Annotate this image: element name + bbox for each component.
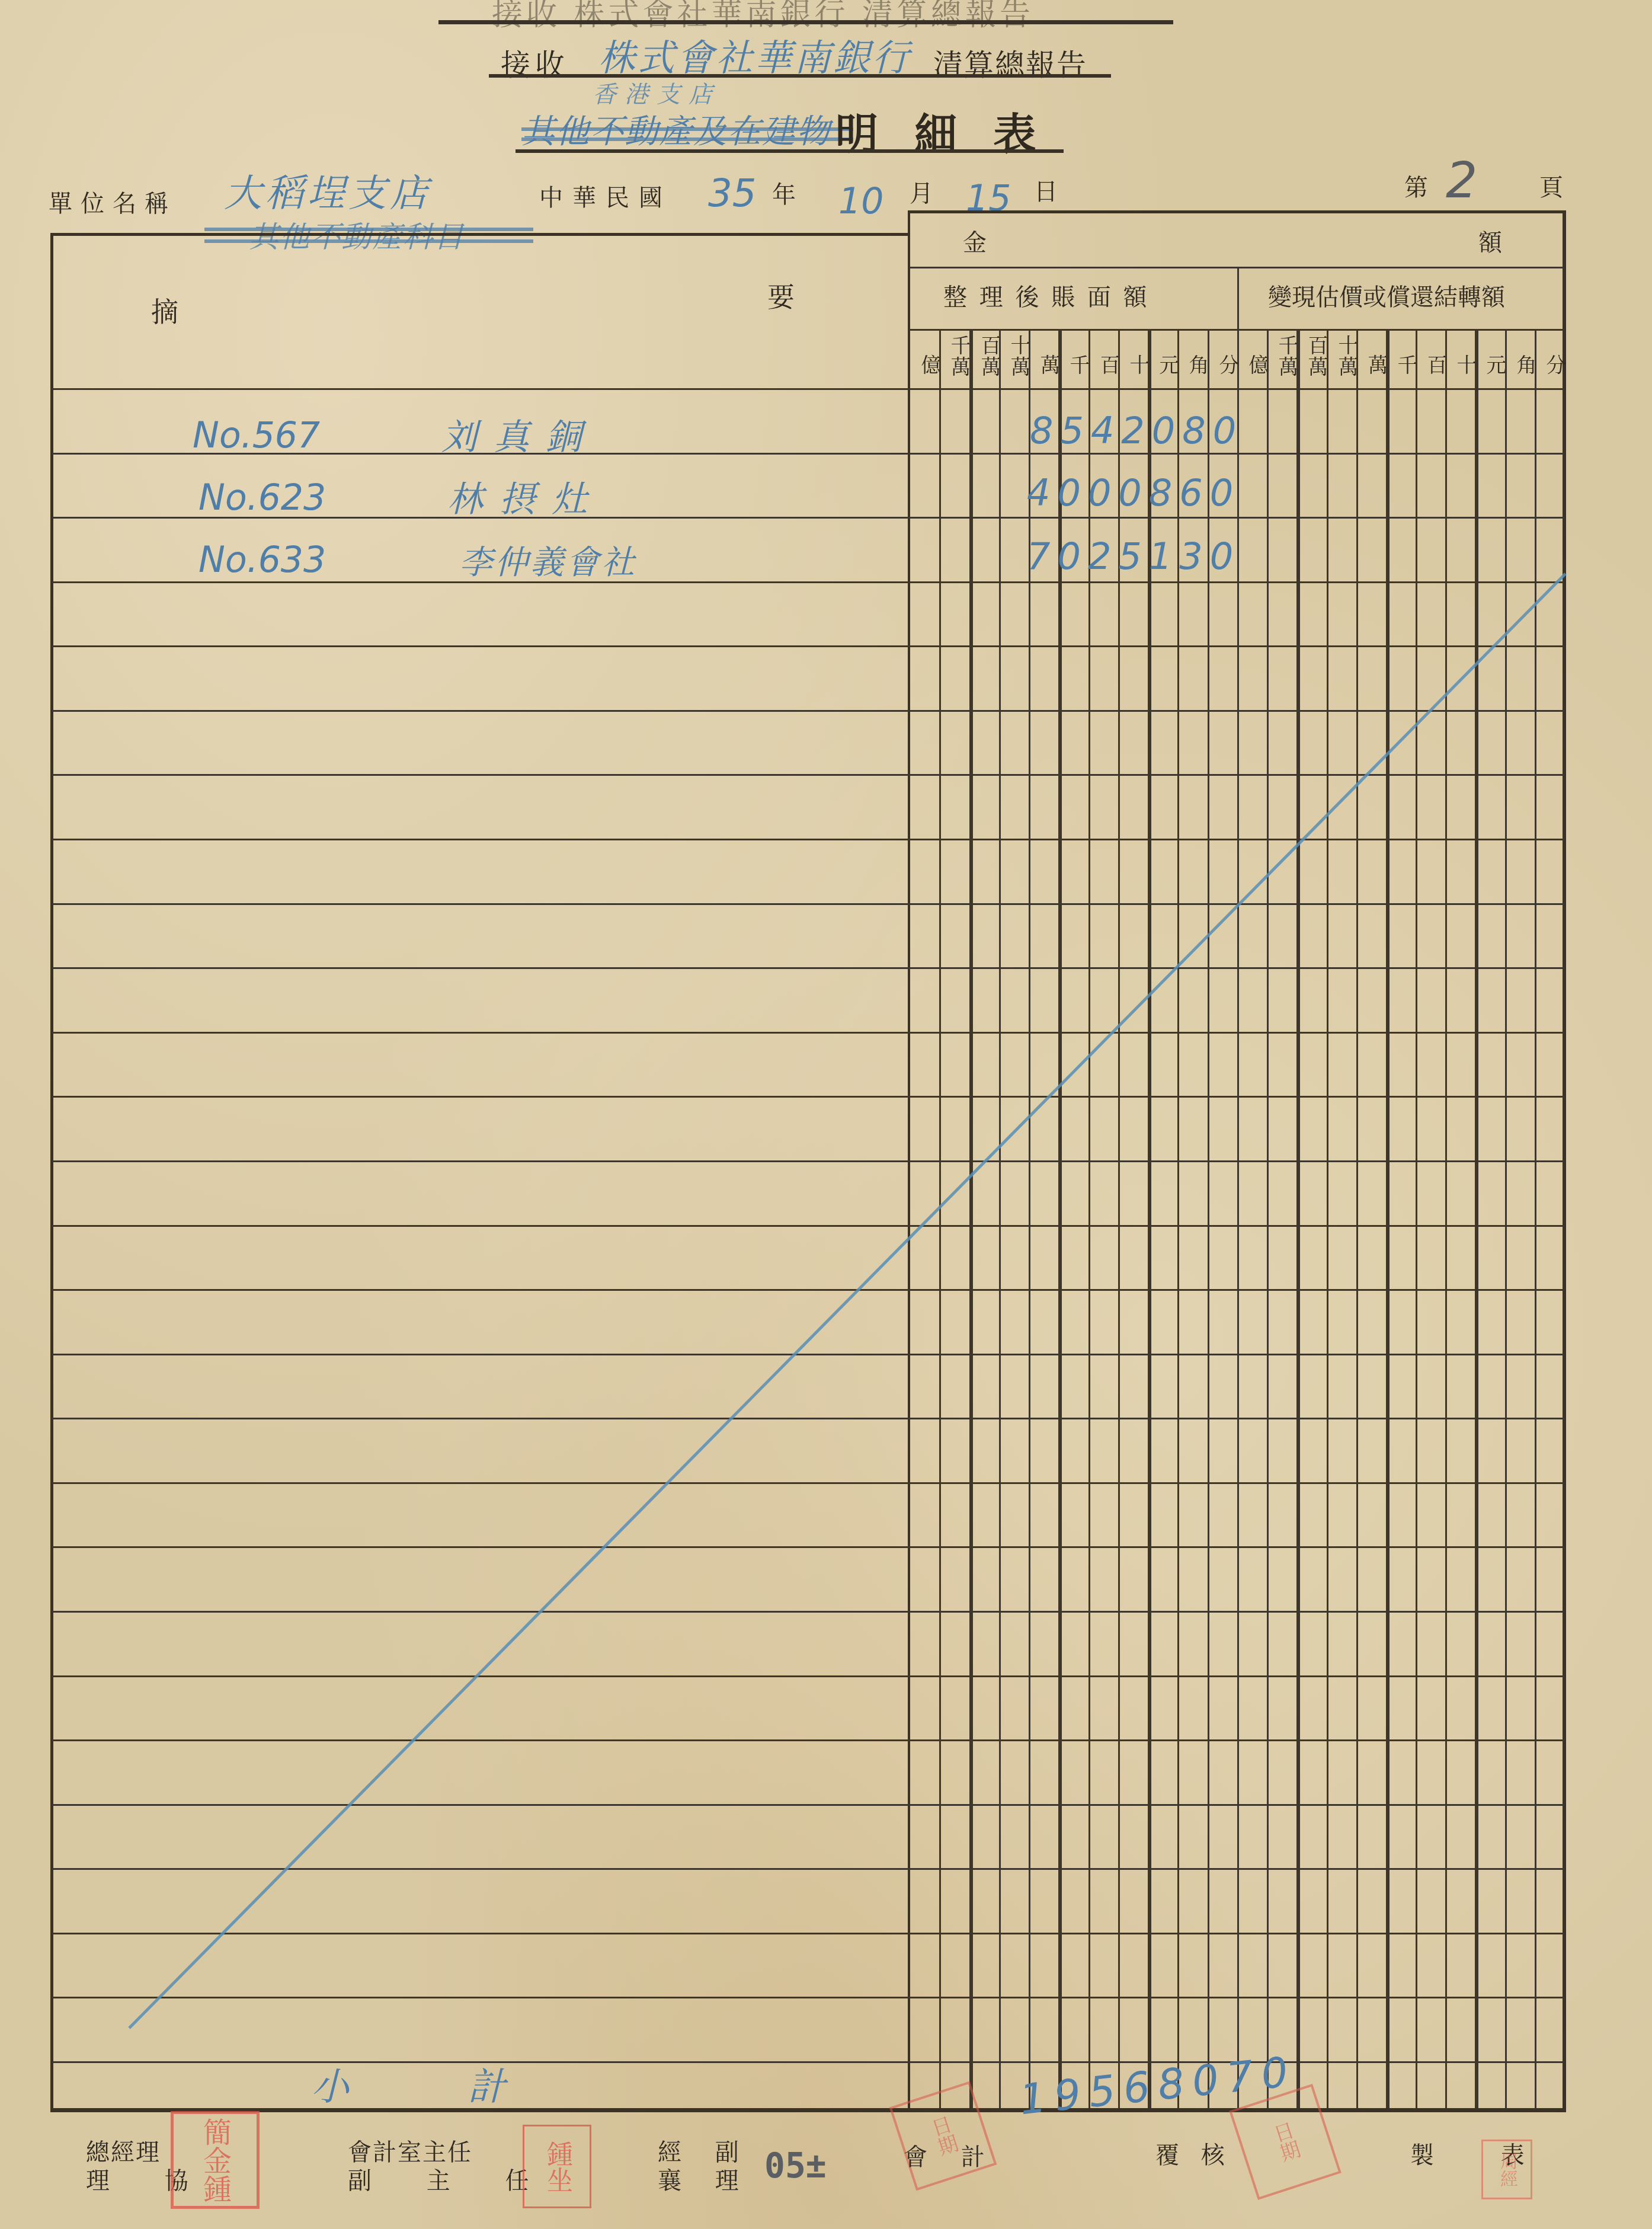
seal-stamp-1: 簡金鍾 (171, 2111, 260, 2209)
diagonal-cancel-line (0, 0, 1652, 2229)
sign-accountant: 會 計 (904, 2138, 998, 2172)
sign-accounting-head-line2: 副 主 任 (348, 2162, 552, 2196)
subtotal-label: 小 計 (311, 2057, 559, 2111)
sign-reviewer: 覆 核 (1155, 2137, 1232, 2170)
stamp-number: 05± (764, 2145, 827, 2186)
seal-stamp-2: 鍾坐 (523, 2125, 591, 2208)
seal-stamp-5: 周經 (1481, 2140, 1532, 2199)
sign-assistant-manager-line2: 襄 理 (658, 2162, 752, 2196)
